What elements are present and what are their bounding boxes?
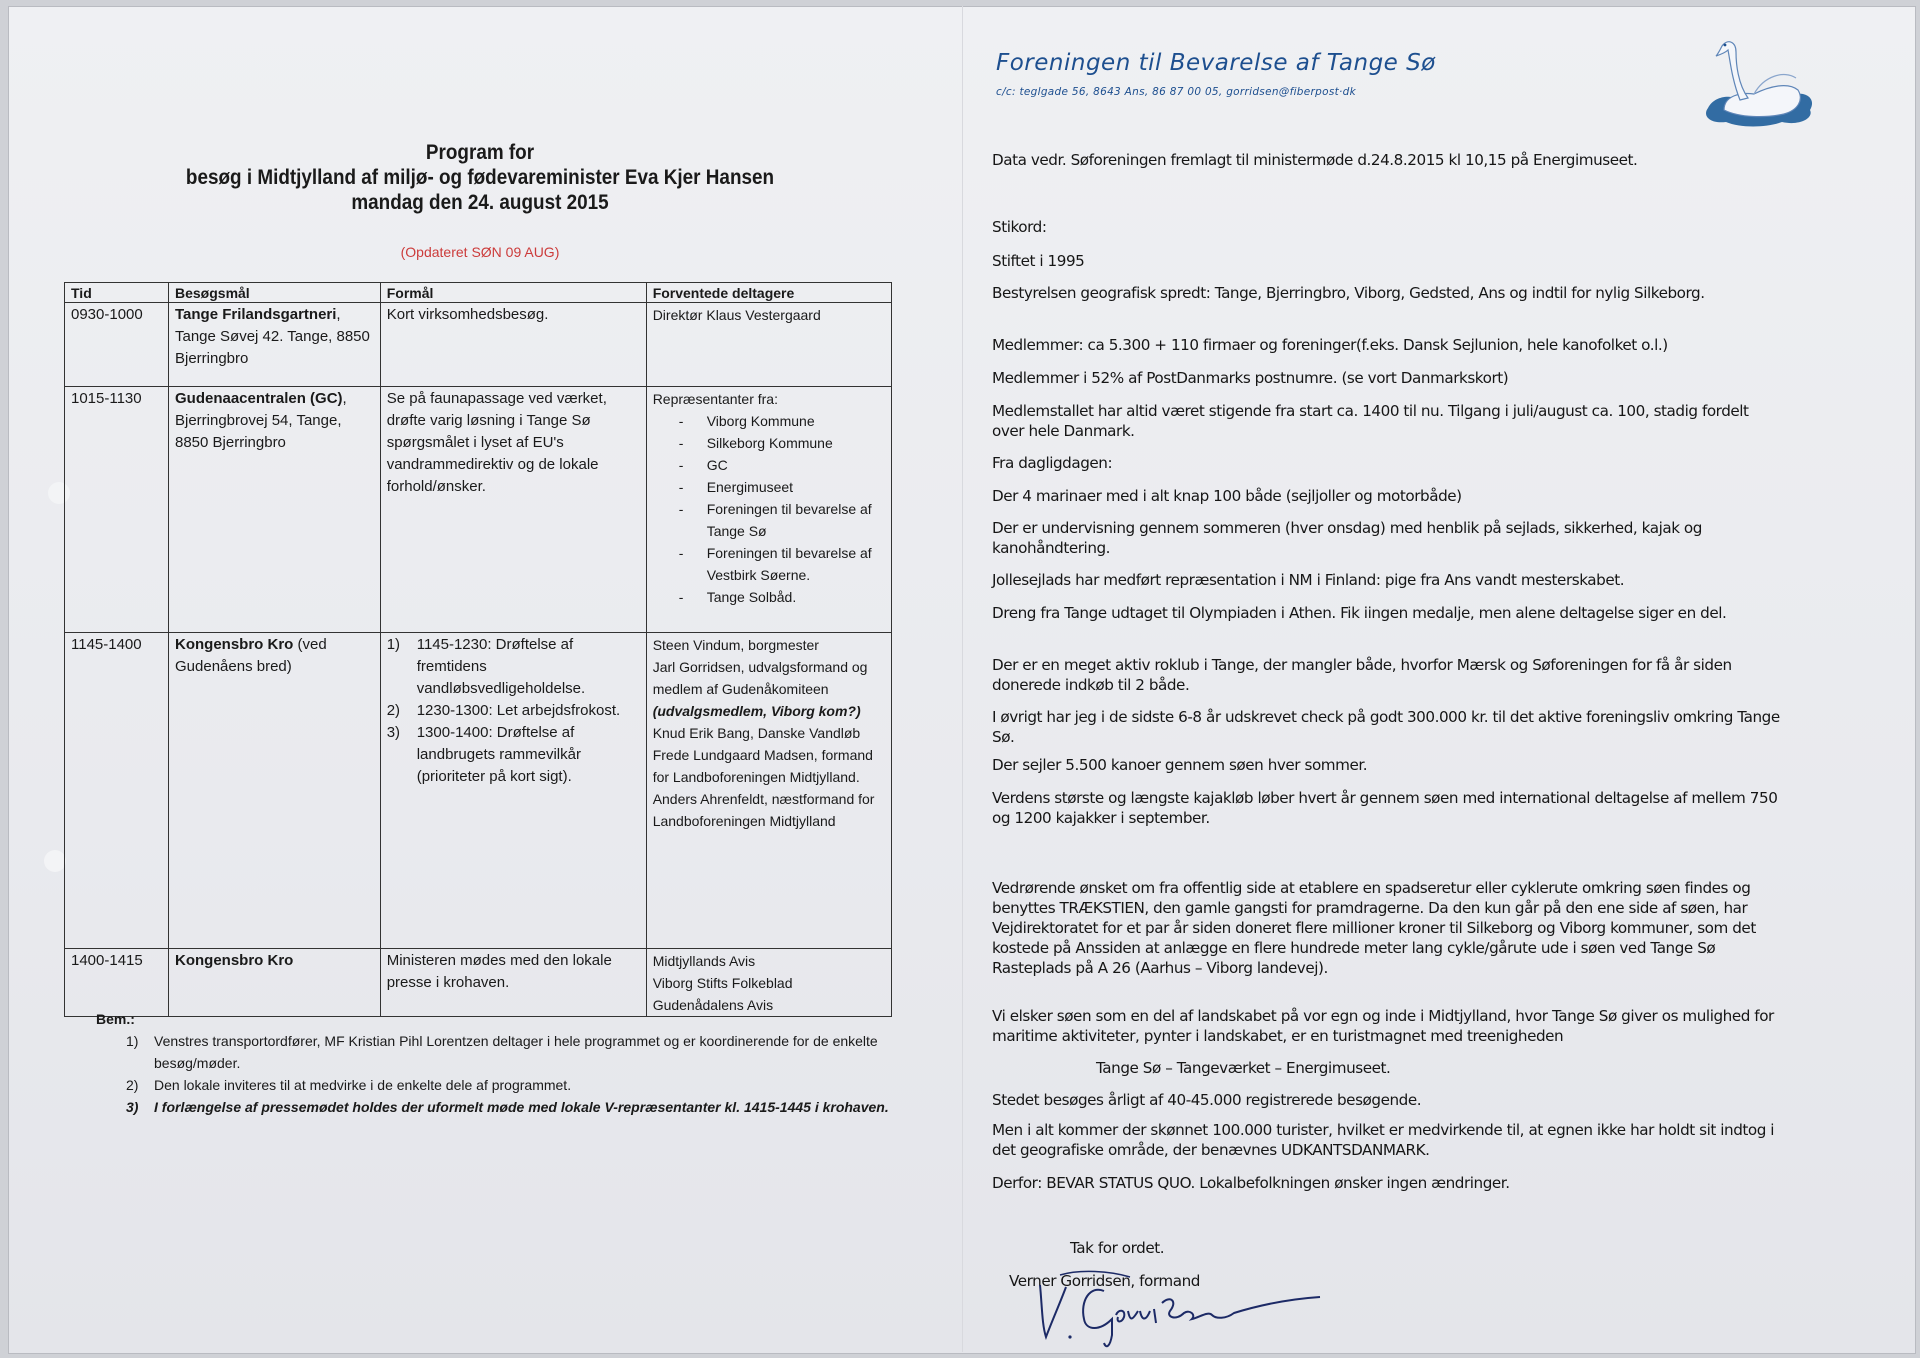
table-row: 1145-1400 Kongensbro Kro (ved Gudenåens … [65,633,892,949]
note-item: 1)Venstres transportordfører, MF Kristia… [126,1030,896,1074]
punch-hole [44,850,66,872]
table-row: 1015-1130 Gudenaacentralen (GC), Bjerrin… [65,387,892,633]
list-item: Foreningen til bevarelse af Vestbirk Søe… [679,542,885,586]
letter-paragraph: Vedrørende ønsket om fra offentlig side … [992,878,1782,978]
title-line-2: besøg i Midtjylland af miljø- og fødevar… [102,165,858,190]
note-item: 3)I forlængelse af pressemødet holdes de… [126,1096,896,1118]
table-row: 1400-1415 Kongensbro Kro Ministeren møde… [65,949,892,1017]
program-title: Program for besøg i Midtjylland af miljø… [102,140,858,215]
cell-participants: Midtjyllands Avis Viborg Stifts Folkebla… [646,949,891,1017]
handwritten-signature-icon [1020,1265,1350,1350]
swan-icon [1700,30,1820,130]
list-item: Silkeborg Kommune [679,432,885,454]
letter-paragraph: Bestyrelsen geografisk spredt: Tange, Bj… [992,283,1782,303]
list-item: Energimuseet [679,476,885,498]
cell-participants: Repræsentanter fra: Viborg KommuneSilkeb… [646,387,891,633]
letter-paragraph: Fra dagligdagen: [992,453,1782,473]
list-item: Foreningen til bevarelse af Tange Sø [679,498,885,542]
cell-time: 1145-1400 [65,633,169,949]
list-item: GC [679,454,885,476]
list-item: Tange Solbåd. [679,586,885,608]
letterhead-address: c/c: teglgade 56, 8643 Ans, 86 87 00 05,… [996,86,1356,98]
letter-paragraph: Tange Sø – Tangeværket – Energimuseet. [1096,1058,1886,1078]
notes-header: Bem.: [96,1008,896,1030]
column-header-purpose: Formål [380,283,646,303]
letter-paragraph: Der er en meget aktiv roklub i Tange, de… [992,655,1782,695]
cell-time: 1015-1130 [65,387,169,633]
letter-paragraph: Medlemstallet har altid været stigende f… [992,401,1782,441]
cell-purpose: Kort virksomhedsbesøg. [380,303,646,387]
notes-section: Bem.: 1)Venstres transportordfører, MF K… [96,1008,896,1118]
letter-paragraph: Derfor: BEVAR STATUS QUO. Lokalbefolknin… [992,1173,1782,1193]
column-header-destination: Besøgsmål [169,283,381,303]
title-line-1: Program for [102,140,858,165]
updated-note: (Opdateret SØN 09 AUG) [60,244,900,260]
letter-paragraph: Dreng fra Tange udtaget til Olympiaden i… [992,603,1782,623]
list-item: Viborg Kommune [679,410,885,432]
title-line-3: mandag den 24. august 2015 [102,190,858,215]
column-header-time: Tid [65,283,169,303]
list-item: 1)1145-1230: Drøftelse af fremtidens van… [387,634,640,700]
letter-paragraph: Jollesejlads har medført repræsentation … [992,570,1782,590]
letter-paragraph: Stiftet i 1995 [992,251,1782,271]
page-fold [962,6,963,1352]
agenda-list: 1)1145-1230: Drøftelse af fremtidens van… [387,634,640,788]
cell-participants: Steen Vindum, borgmester Jarl Gorridsen,… [646,633,891,949]
letter-paragraph: Vi elsker søen som en del af landskabet … [992,1006,1782,1046]
cell-destination: Gudenaacentralen (GC), Bjerringbrovej 54… [169,387,381,633]
list-item: 3)1300-1400: Drøftelse af landbrugets ra… [387,722,640,788]
note-item: 2)Den lokale inviteres til at medvirke i… [126,1074,896,1096]
closing-text: Tak for ordet. [1070,1238,1860,1258]
participants-list: Viborg KommuneSilkeborg KommuneGCEnergim… [653,410,885,608]
notes-list: 1)Venstres transportordfører, MF Kristia… [96,1030,896,1118]
cell-purpose: 1)1145-1230: Drøftelse af fremtidens van… [380,633,646,949]
letter-paragraph: Medlemmer: ca 5.300 + 110 firmaer og for… [992,335,1782,355]
cell-time: 1400-1415 [65,949,169,1017]
letterhead-org-name: Foreningen til Bevarelse af Tange Sø [996,50,1436,76]
letter-paragraph: Der er undervisning gennem sommeren (hve… [992,518,1782,558]
table-header-row: Tid Besøgsmål Formål Forventede deltager… [65,283,892,303]
letter-paragraph: Der 4 marinaer med i alt knap 100 både (… [992,486,1782,506]
cell-purpose: Se på faunapassage ved værket, drøfte va… [380,387,646,633]
program-table: Tid Besøgsmål Formål Forventede deltager… [64,282,892,1017]
cell-destination: Tange Frilandsgartneri, Tange Søvej 42. … [169,303,381,387]
list-item: 2)1230-1300: Let arbejdsfrokost. [387,700,640,722]
table-row: 0930-1000 Tange Frilandsgartneri, Tange … [65,303,892,387]
letter-paragraph: Stikord: [992,217,1782,237]
letter-paragraph: Verdens største og længste kajakløb løbe… [992,788,1782,828]
letter-paragraph: Stedet besøges årligt af 40-45.000 regis… [992,1090,1782,1110]
letter-paragraph: Medlemmer i 52% af PostDanmarks postnumr… [992,368,1782,388]
cell-destination: Kongensbro Kro [169,949,381,1017]
letter-paragraph: Data vedr. Søforeningen fremlagt til min… [992,150,1782,170]
cell-destination: Kongensbro Kro (ved Gudenåens bred) [169,633,381,949]
letter-paragraph: Men i alt kommer der skønnet 100.000 tur… [992,1120,1782,1160]
letter-paragraph: Der sejler 5.500 kanoer gennem søen hver… [992,755,1782,775]
cell-time: 0930-1000 [65,303,169,387]
cell-purpose: Ministeren mødes med den lokale presse i… [380,949,646,1017]
column-header-participants: Forventede deltagere [646,283,891,303]
cell-participants: Direktør Klaus Vestergaard [646,303,891,387]
letter-paragraph: I øvrigt har jeg i de sidste 6-8 år udsk… [992,707,1782,747]
